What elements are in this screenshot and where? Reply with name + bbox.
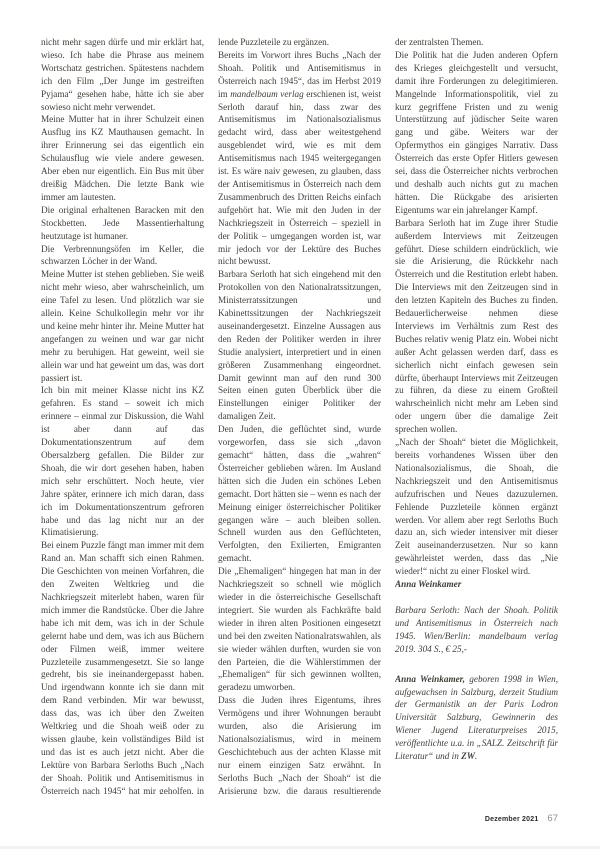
paragraph: lende Puzzleteile zu ergänzen.	[218, 36, 381, 49]
page-footer: Dezember 2021 67	[485, 813, 558, 824]
paragraph: Ich bin mit meiner Klasse nicht ins KZ g…	[41, 384, 204, 539]
paragraph: Barbara Serloth hat im Zuge ihrer Studie…	[395, 217, 558, 436]
paragraph: Bei einem Puzzle fängt man immer mit dem…	[41, 539, 204, 794]
paragraph: Den Juden, die geflüchtet sind, wurde vo…	[218, 423, 381, 565]
text-column-3: der zentralsten Themen.Die Politik hat d…	[395, 36, 558, 794]
paragraph: Die original erhaltenen Baracken mit den…	[41, 204, 204, 243]
book-reference: Barbara Serloth: Nach der Shoah. Politik…	[395, 604, 558, 656]
paragraph: Dass die Juden ihres Eigentums, ihres Ve…	[218, 694, 381, 794]
author-bio: Anna Weinkamer, geboren 1998 in Wien, au…	[395, 673, 558, 763]
issue-date: Dezember 2021	[485, 816, 539, 823]
text-column-1: nicht mehr sagen dürfe und mir erklärt h…	[41, 36, 204, 794]
author-signature: Anna Weinkamer	[395, 578, 558, 591]
text-column-2: lende Puzzleteile zu ergänzen.Bereits im…	[218, 36, 381, 794]
paragraph: Die „Ehemaligen“ hingegen hat man in der…	[218, 565, 381, 694]
paragraph: nicht mehr sagen dürfe und mir erklärt h…	[41, 36, 204, 113]
article-body: nicht mehr sagen dürfe und mir erklärt h…	[41, 36, 558, 794]
paragraph: Barbara Serloth hat sich eingehend mit d…	[218, 268, 381, 423]
paragraph: Meine Mutter ist stehen geblieben. Sie w…	[41, 268, 204, 384]
paragraph: der zentralsten Themen.	[395, 36, 558, 49]
magazine-page: nicht mehr sagen dürfe und mir erklärt h…	[0, 0, 600, 849]
paragraph: Meine Mutter hat in ihrer Schulzeit eine…	[41, 113, 204, 203]
paragraph: Die Politik hat die Juden anderen Opfern…	[395, 49, 558, 217]
paragraph: Die Verbrennungsöfen im Keller, die schw…	[41, 243, 204, 269]
paragraph: „Nach der Shoah“ bietet die Möglichkeit,…	[395, 436, 558, 578]
page-number: 67	[547, 813, 558, 824]
paragraph: Bereits im Vorwort ihres Buchs „Nach der…	[218, 49, 381, 268]
